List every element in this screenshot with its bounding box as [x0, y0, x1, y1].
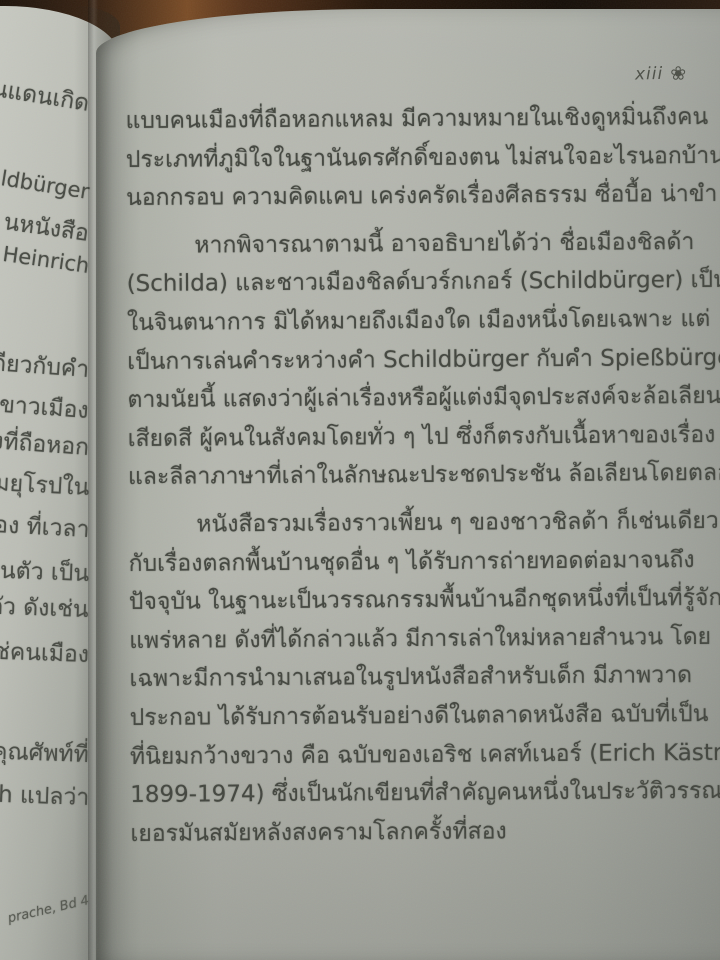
page-text-fragment: ขาวเมือง — [0, 387, 90, 429]
page-number: xiii — [635, 64, 664, 84]
paragraph: หนังสือรวมเรื่องราวเพี้ยน ๆ ของชาวชิลด้า… — [128, 502, 710, 853]
facing-page-text-fragments: นแดนเกิด ldbürger นหนังสือ Heinrich ดียว… — [0, 0, 94, 960]
paragraph: แบบคนเมืองที่ถือหอกแหลม มีความหมายในเชิง… — [125, 98, 706, 218]
page-text-fragment: ดียวกับคำ — [0, 345, 90, 388]
page-text-fragment: นตัว เป็น — [0, 553, 90, 592]
text-line: หากพิจารณาตามนี้ อาจอธิบายได้ว่า ชื่อเมื… — [126, 223, 706, 266]
page-text-fragment: คุณศัพท์ที่ — [0, 734, 90, 773]
text-line: 1899-1974) ซึ่งเป็นนักเขียนที่สำคัญคนหนึ… — [130, 772, 710, 815]
text-line: แบบคนเมืองที่ถือหอกแหลม มีความหมายในเชิง… — [125, 98, 705, 141]
page-header: xiii ❀ — [635, 64, 686, 85]
page-text-fragment: ich แปลว่า — [0, 776, 90, 816]
page-text-fragment: นแดนเกิด — [0, 71, 92, 122]
text-line: เสียดสี ผู้คนในสังคมโดยทั่ว ๆ ไป ซึ่งก็ต… — [128, 416, 708, 459]
text-line: ที่นิยมกว้างขวาง คือ ฉบับของเอริช เคสท์เ… — [130, 733, 710, 776]
footnote-fragment: prache, Bd 4 — [7, 893, 91, 926]
text-line: ปัจจุบัน ในฐานะเป็นวรรณกรรมพื้นบ้านอีกชุ… — [129, 579, 709, 622]
gutter-crease — [88, 0, 98, 960]
text-line: ตามนัยนี้ แสดงว่าผู้เล่าเรื่องหรือผู้แต่… — [127, 377, 707, 420]
page-text-fragment: ldbürger — [0, 166, 91, 204]
page-text-fragment: ใช่คนเมือง — [0, 633, 90, 673]
text-line: แพร่หลาย ดังที่ได้กล่าวแล้ว มีการเล่าใหม… — [129, 618, 709, 661]
text-line: ในจินตนาการ มิได้หมายถึงเมืองใด เมืองหนึ… — [127, 300, 707, 343]
body-text: แบบคนเมืองที่ถือหอกแหลม มีความหมายในเชิง… — [125, 98, 710, 853]
text-line: กับเรื่องตลกพื้นบ้านชุดอื่น ๆ ได้รับการถ… — [128, 541, 708, 584]
text-line: (Schilda) และชาวเมืองชิลด์บวร์กเกอร์ (Sc… — [127, 261, 707, 304]
text-line: เป็นการเล่นคำระหว่างคำ Schildbürger กับค… — [127, 339, 707, 382]
text-line: ประกอบ ได้รับการต้อนรับอย่างดีในตลาดหนัง… — [130, 695, 710, 738]
book-photo: นแดนเกิด ldbürger นหนังสือ Heinrich ดียว… — [0, 0, 720, 960]
page-text-fragment: มือง ที่เวลา — [0, 506, 90, 548]
flower-ornament-icon: ❀ — [670, 64, 686, 83]
text-line: เฉพาะมีการนำมาเสนอในรูปหนังสือสำหรับเด็ก… — [129, 656, 709, 699]
text-line: เยอรมันสมัยหลังสงครามโลกครั้งที่สอง — [130, 811, 710, 854]
page-text-fragment: คมยุโรปใน — [0, 464, 90, 506]
page-text-fragment: ตัว ดังเช่น — [0, 589, 90, 628]
text-line: นอกกรอบ ความคิดแคบ เคร่งครัดเรื่องศีลธรร… — [126, 175, 706, 218]
page-text-fragment: งที่ถือหอก — [0, 423, 90, 466]
text-line: ประเภทที่ภูมิใจในฐานันดรศักดิ์ของตน ไม่ส… — [126, 137, 706, 180]
text-line: หนังสือรวมเรื่องราวเพี้ยน ๆ ของชาวชิลด้า… — [128, 502, 708, 545]
text-line: และลีลาภาษาที่เล่าในลักษณะประชดประชัน ล้… — [128, 454, 708, 497]
paragraph: หากพิจารณาตามนี้ อาจอธิบายได้ว่า ชื่อเมื… — [126, 223, 708, 497]
